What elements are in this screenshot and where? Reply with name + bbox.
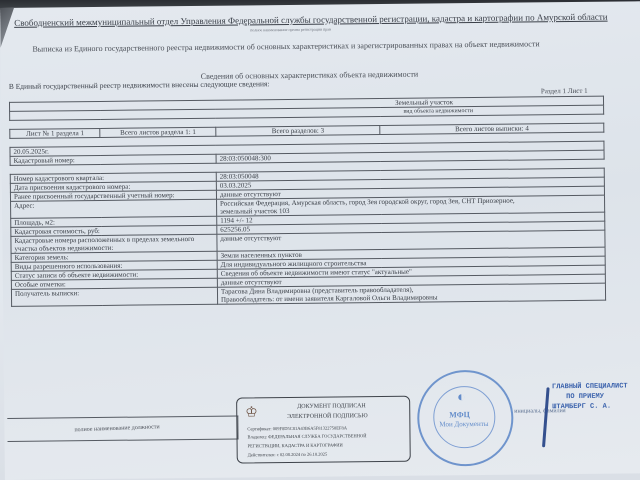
property-details-table: Земельный участок вид объекта недвижимос…	[9, 96, 606, 307]
mfc-round-stamp: ◐ МФЦ Мои Документы	[417, 370, 514, 467]
state-emblem-icon: ♔	[245, 404, 258, 421]
sheet-reference: Раздел 1 Лист 1	[541, 87, 588, 95]
organization-name: Свободненский межмуниципальный отдел Упр…	[14, 12, 608, 28]
document-page: Свободненский межмуниципальный отдел Упр…	[0, 1, 640, 480]
mfc-logo-icon: ◐	[457, 390, 466, 406]
organization-caption: полное наименование органа регистрации п…	[250, 27, 331, 33]
document-title: Выписка из Единого государственного реес…	[32, 39, 539, 53]
extract-recipient: Тарасова Дина Владимировна (представител…	[217, 283, 605, 304]
intro-text: В Единый государственный реестр недвижим…	[9, 79, 270, 91]
specialist-stamp: ГЛАВНЫЙ СПЕЦИАЛИСТ ПО ПРИЕМУ ШТАМБЕРГ С.…	[552, 381, 628, 412]
electronic-signature-block: ♔ ДОКУМЕНТ ПОДПИСАН ЭЛЕКТРОННОЙ ПОДПИСЬЮ…	[236, 396, 411, 464]
paper-corner-shadow	[0, 8, 14, 48]
handwritten-signature	[542, 387, 550, 447]
